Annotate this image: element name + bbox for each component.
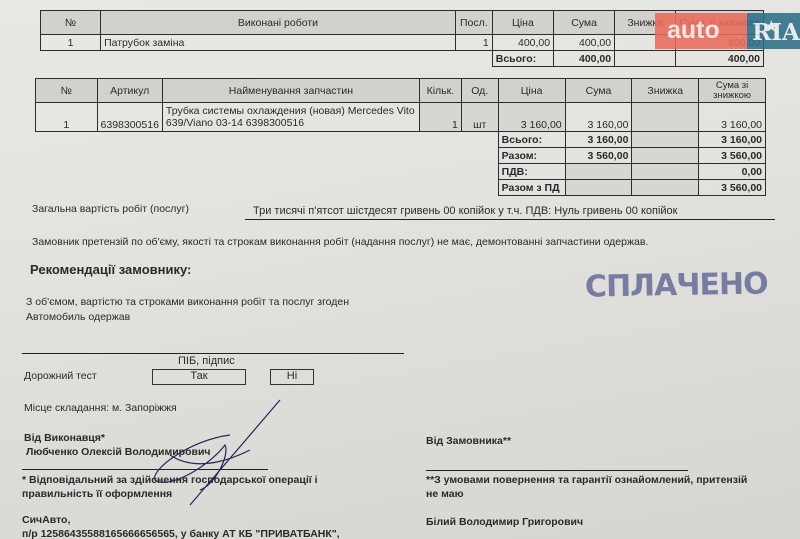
star-icon: ★ xyxy=(765,7,778,47)
summary-row: Всього: 3 160,00 3 160,00 xyxy=(36,132,766,148)
road-test-no[interactable]: Ні xyxy=(270,369,314,385)
watermark-ria: ★RIA xyxy=(747,13,800,49)
recommendations-line2: Автомобиль одержав xyxy=(26,311,130,323)
customer-name: Білий Володимир Григорович xyxy=(426,516,583,528)
company-account: п/р 12586435588165666656565, у банку АТ … xyxy=(22,528,340,539)
executor-title: Від Виконавця* xyxy=(24,432,105,444)
customer-sign-line xyxy=(426,470,688,471)
total-cost-label: Загальна вартість робіт (послуг) xyxy=(32,203,189,215)
customer-note-line2: не маю xyxy=(426,488,464,500)
customer-note-line1: **З умовами повернення та гарантії ознай… xyxy=(426,474,747,486)
company-name: СичАвто, xyxy=(22,514,70,526)
parts-table-header: № Артикул Найменування запчастин Кільк. … xyxy=(36,79,766,103)
signature-caption: ПІБ, підпис xyxy=(178,355,235,367)
road-test-yes[interactable]: Так xyxy=(152,369,246,385)
recommendations-line1: З об'ємом, вартістю та строками виконанн… xyxy=(26,296,349,308)
table-row: 1 6398300516 Трубка системы охлаждения (… xyxy=(36,103,766,132)
no-claims-text: Замовник претензій по об'єму, якості та … xyxy=(32,236,648,248)
total-cost-underline xyxy=(245,219,775,220)
col-works: Виконані роботи xyxy=(101,11,456,35)
recommendations-title: Рекомендації замовнику: xyxy=(30,262,191,277)
col-price: Ціна xyxy=(492,11,553,35)
autoria-watermark: auto ★RIA xyxy=(655,13,800,49)
works-total-row: Всього: 400,00 400,00 xyxy=(41,51,764,67)
col-sum: Сума xyxy=(554,11,615,35)
handwritten-signature xyxy=(130,395,290,515)
summary-row: ПДВ: 0,00 xyxy=(36,164,766,180)
col-no: № xyxy=(41,11,101,35)
customer-title: Від Замовника** xyxy=(426,435,511,447)
signature-line xyxy=(22,353,404,354)
col-qty: Посл. xyxy=(455,11,492,35)
summary-row: Разом: 3 560,00 3 560,00 xyxy=(36,148,766,164)
road-test-label: Дорожний тест xyxy=(24,370,97,382)
summary-row: Разом з ПД 3 560,00 xyxy=(36,180,766,196)
parts-table: № Артикул Найменування запчастин Кільк. … xyxy=(35,78,766,196)
total-cost-value: Три тисячі п'ятсот шістдесят гривень 00 … xyxy=(253,205,677,217)
paid-stamp: СПЛАЧЕНО xyxy=(585,266,768,304)
watermark-auto: auto xyxy=(655,13,747,49)
